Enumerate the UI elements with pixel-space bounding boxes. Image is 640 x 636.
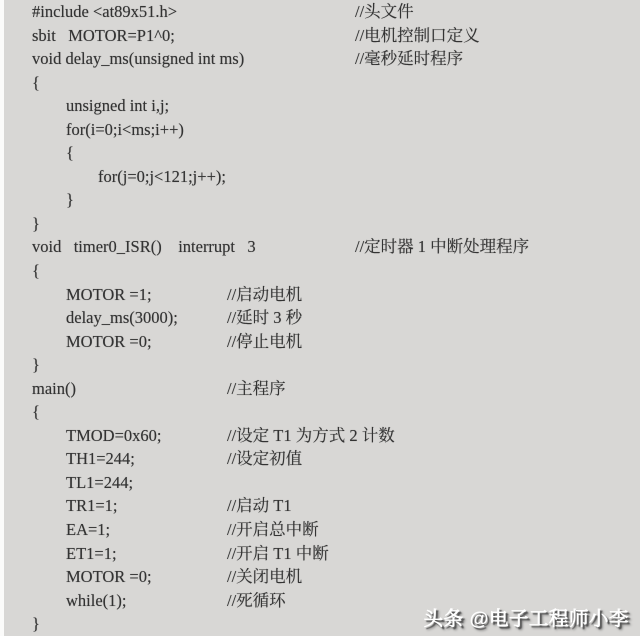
code-line: TL1=244; (0, 471, 640, 495)
code-text: MOTOR =1; (66, 283, 152, 307)
code-line: void delay_ms(unsigned int ms)//毫秒延时程序 (0, 47, 640, 71)
comment-text: //设定初值 (227, 447, 302, 471)
code-text: while(1); (66, 589, 126, 613)
code-text: EA=1; (66, 518, 110, 542)
code-text: { (32, 259, 40, 283)
code-text: void delay_ms(unsigned int ms) (32, 47, 244, 71)
comment-text: //电机控制口定义 (355, 24, 480, 48)
code-line: for(i=0;i<ms;i++) (0, 118, 640, 142)
code-line: for(j=0;j<121;j++); (0, 165, 640, 189)
comment-text: //毫秒延时程序 (355, 47, 463, 71)
code-line: main()//主程序 (0, 377, 640, 401)
code-line: sbit MOTOR=P1^0;//电机控制口定义 (0, 24, 640, 48)
code-text: TR1=1; (66, 494, 117, 518)
comment-text: //死循环 (227, 589, 286, 613)
code-line: void timer0_ISR() interrupt 3//定时器 1 中断处… (0, 235, 640, 259)
comment-text: //停止电机 (227, 330, 302, 354)
code-line: MOTOR =1;//启动电机 (0, 283, 640, 307)
code-line: unsigned int i,j; (0, 94, 640, 118)
code-line: #include <at89x51.h>//头文件 (0, 0, 640, 24)
code-text: for(j=0;j<121;j++); (98, 165, 226, 189)
code-listing-page: #include <at89x51.h>//头文件sbit MOTOR=P1^0… (0, 0, 640, 636)
code-line: } (0, 353, 640, 377)
code-line: { (0, 141, 640, 165)
code-line: TR1=1;//启动 T1 (0, 494, 640, 518)
comment-text: //头文件 (355, 0, 414, 24)
code-text: MOTOR =0; (66, 330, 152, 354)
code-line: MOTOR =0;//关闭电机 (0, 565, 640, 589)
code-text: unsigned int i,j; (66, 94, 169, 118)
code-text: ET1=1; (66, 542, 117, 566)
code-text: } (66, 188, 74, 212)
code-line: EA=1;//开启总中断 (0, 518, 640, 542)
code-text: { (66, 141, 74, 165)
code-listing: #include <at89x51.h>//头文件sbit MOTOR=P1^0… (0, 0, 640, 636)
comment-text: //开启 T1 中断 (227, 542, 329, 566)
code-text: { (32, 400, 40, 424)
comment-text: //延时 3 秒 (227, 306, 302, 330)
code-line: TH1=244;//设定初值 (0, 447, 640, 471)
comment-text: //关闭电机 (227, 565, 302, 589)
comment-text: //设定 T1 为方式 2 计数 (227, 424, 395, 448)
code-text: } (32, 212, 40, 236)
code-text: delay_ms(3000); (66, 306, 178, 330)
comment-text: //启动 T1 (227, 494, 292, 518)
code-text: } (32, 612, 40, 636)
code-line: TMOD=0x60;//设定 T1 为方式 2 计数 (0, 424, 640, 448)
code-text: void timer0_ISR() interrupt 3 (32, 235, 256, 259)
code-line: { (0, 259, 640, 283)
watermark: 头条 @电子工程师小李 (424, 603, 629, 631)
comment-text: //定时器 1 中断处理程序 (355, 235, 529, 259)
code-text: TL1=244; (66, 471, 133, 495)
code-line: MOTOR =0;//停止电机 (0, 330, 640, 354)
comment-text: //主程序 (227, 377, 286, 401)
comment-text: //开启总中断 (227, 518, 319, 542)
code-line: ET1=1;//开启 T1 中断 (0, 542, 640, 566)
code-text: main() (32, 377, 76, 401)
code-text: } (32, 353, 40, 377)
code-line: } (0, 212, 640, 236)
code-text: for(i=0;i<ms;i++) (66, 118, 184, 142)
code-text: #include <at89x51.h> (32, 0, 177, 24)
code-text: { (32, 71, 40, 95)
code-line: { (0, 400, 640, 424)
code-text: TH1=244; (66, 447, 135, 471)
code-text: TMOD=0x60; (66, 424, 161, 448)
code-text: MOTOR =0; (66, 565, 152, 589)
code-line: { (0, 71, 640, 95)
code-line: delay_ms(3000);//延时 3 秒 (0, 306, 640, 330)
code-line: } (0, 188, 640, 212)
comment-text: //启动电机 (227, 283, 302, 307)
code-text: sbit MOTOR=P1^0; (32, 24, 175, 48)
